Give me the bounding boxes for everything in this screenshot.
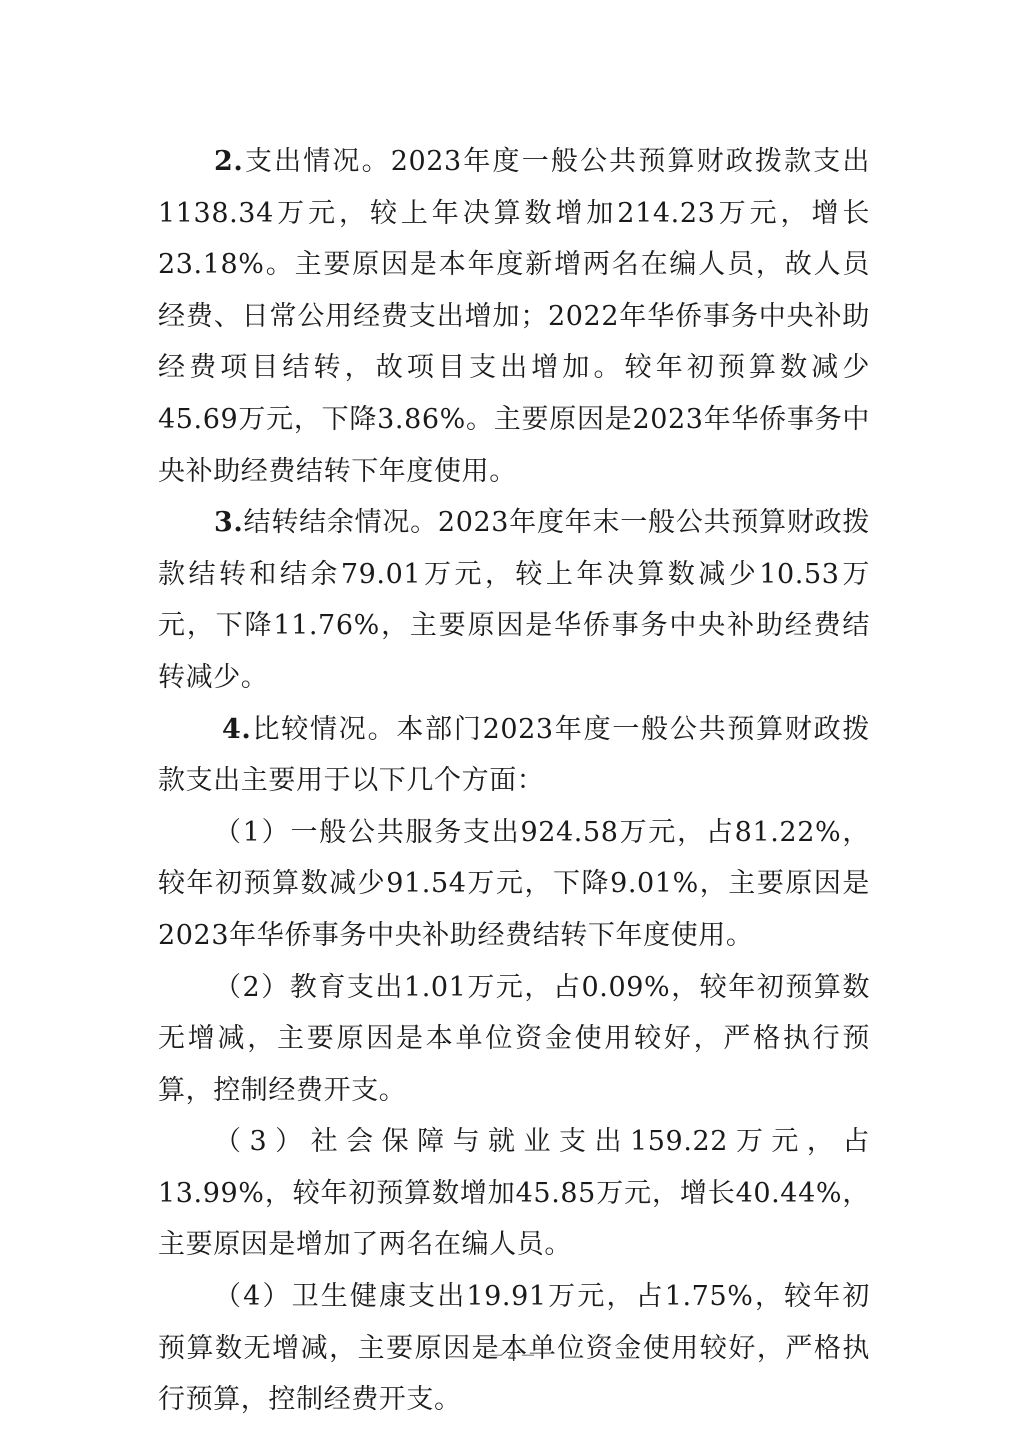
list-marker: （2） bbox=[214, 972, 290, 1003]
section-number: 4. bbox=[222, 714, 251, 745]
list-marker: （1） bbox=[214, 817, 290, 848]
section-number: 3. bbox=[214, 507, 243, 538]
document-page: 2.支出情况。2023年度一般公共预算财政拨款支出1138.34万元，较上年决算… bbox=[158, 136, 870, 1426]
section-number: 2. bbox=[214, 146, 243, 177]
page-number: － 4 － bbox=[0, 1343, 1024, 1366]
section-title: 比较情况。 bbox=[251, 714, 396, 745]
list-item-social-security: （3）社会保障与就业支出159.22万元，占13.99%，较年初预算数增加45.… bbox=[158, 1116, 870, 1271]
list-marker: （4） bbox=[214, 1281, 292, 1312]
section-expenditure: 2.支出情况。2023年度一般公共预算财政拨款支出1138.34万元，较上年决算… bbox=[158, 136, 870, 497]
section-carryover: 3.结转结余情况。2023年度年末一般公共预算财政拨款结转和结余79.01万元，… bbox=[158, 497, 870, 703]
section-title: 结转结余情况。 bbox=[243, 507, 438, 538]
section-body: 2023年度一般公共预算财政拨款支出1138.34万元，较上年决算数增加214.… bbox=[158, 146, 870, 487]
list-marker: （3） bbox=[214, 1126, 311, 1157]
list-item-education: （2）教育支出1.01万元，占0.09%，较年初预算数无增减，主要原因是本单位资… bbox=[158, 962, 870, 1117]
list-item-general-public-services: （1）一般公共服务支出924.58万元，占81.22%，较年初预算数减少91.5… bbox=[158, 807, 870, 962]
section-title: 支出情况。 bbox=[243, 146, 390, 177]
section-comparison: 4.比较情况。本部门2023年度一般公共预算财政拨款支出主要用于以下几个方面： bbox=[158, 704, 870, 807]
